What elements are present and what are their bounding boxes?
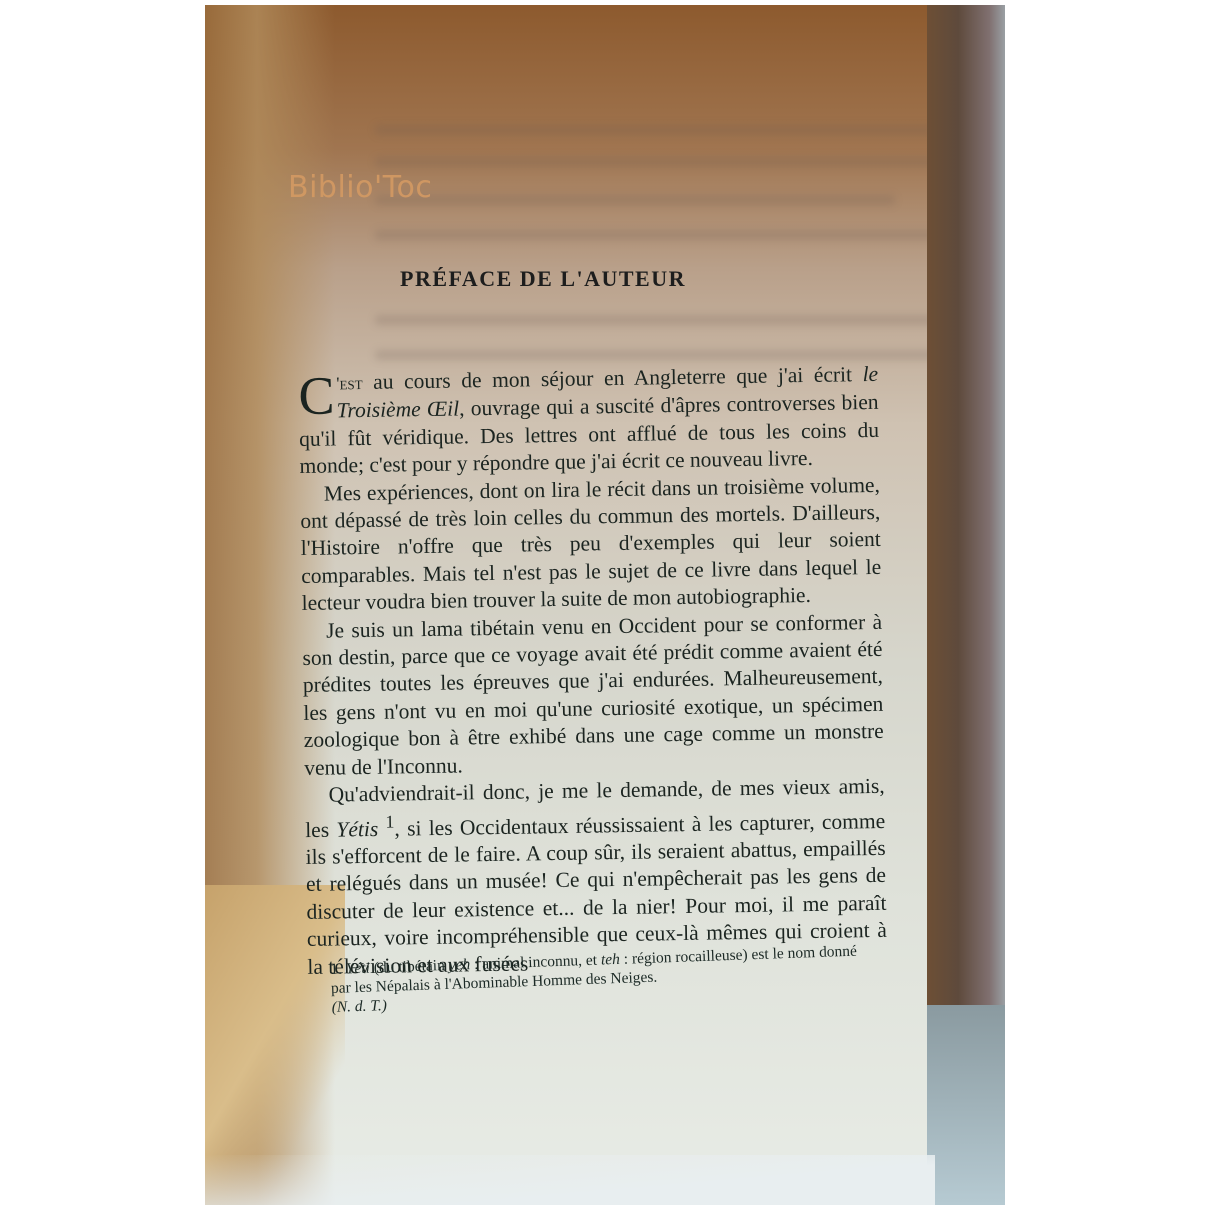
italic-term: Yétis [336,816,378,841]
opening-smallcaps: 'est [336,373,363,393]
page-title: PRÉFACE DE L'AUTEUR [400,266,686,292]
paragraph: C'est au cours de mon séjour en Angleter… [298,361,880,481]
italic-term: teh [601,951,621,969]
italic-term: yeh [448,956,470,974]
text-run: : animal inconnu, et [470,952,601,974]
bleed-through-text [375,125,935,135]
book-edge [927,1005,1005,1205]
book-spine-edge [927,5,1005,1005]
bleed-through-text [375,350,965,360]
bleed-through-text [375,195,895,205]
footnote-ref: 1 [385,811,394,831]
paragraph: Je suis un lama tibétain venu en Occiden… [302,609,885,783]
footnote-term: Yéti [346,960,371,978]
bleed-through-text [375,315,935,325]
bleed-through-text [375,157,975,167]
drop-cap: C [298,373,335,418]
paragraph: Mes expériences, dont on lira le récit d… [300,472,882,618]
footnote-number: 1. [330,961,342,978]
text-run: au cours de mon séjour en Angleterre que… [362,362,852,394]
body-text: C'est au cours de mon séjour en Angleter… [298,361,888,981]
bleed-through-text [375,230,955,240]
text-run: (du tibétain [370,957,449,977]
watermark-logo: Biblio'Toc [288,170,432,205]
translator-note: (N. d. T.) [331,997,387,1016]
page-bottom-edge [205,1155,935,1205]
